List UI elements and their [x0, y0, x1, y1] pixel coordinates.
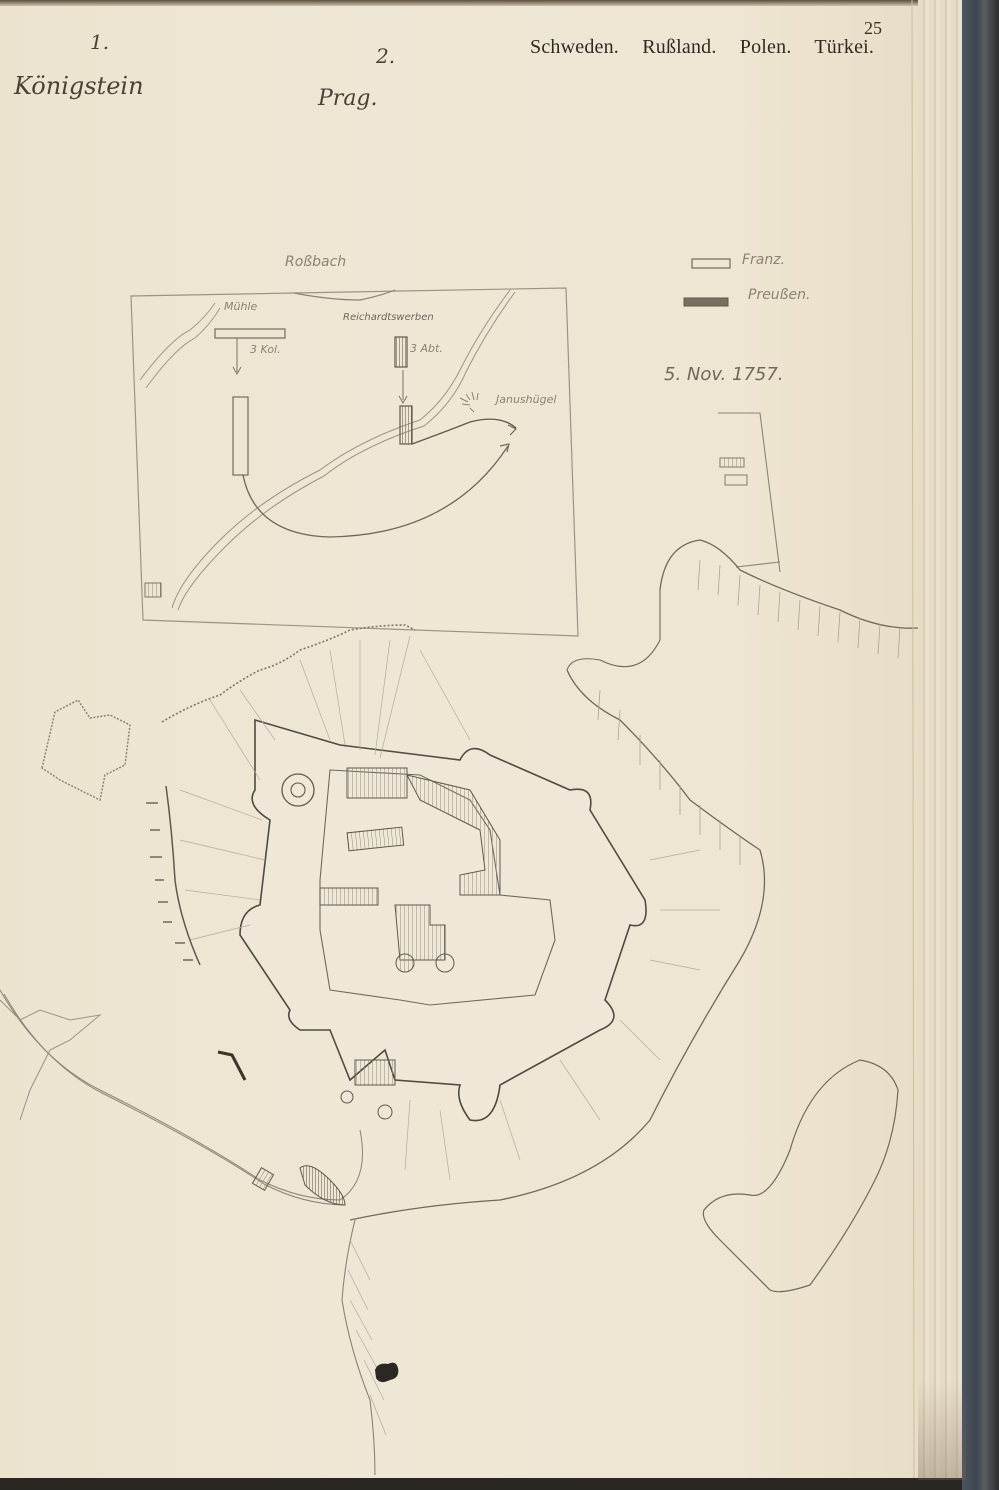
fortress-building-west — [320, 888, 378, 905]
page-margin-rule — [912, 0, 914, 1478]
prussian-column — [395, 337, 407, 367]
ridge-northwest — [162, 625, 415, 722]
fortress-koenigstein — [240, 720, 646, 1121]
battle-map-frame — [131, 288, 578, 636]
small-inset — [718, 413, 780, 572]
troop-markers-west — [146, 803, 193, 960]
ink-blot — [375, 1363, 398, 1382]
french-march-arrow — [243, 446, 508, 537]
river-saale — [140, 303, 220, 388]
scarp-west — [166, 786, 200, 965]
legend-open-rect — [692, 259, 730, 268]
river-elbe — [342, 1220, 375, 1475]
cavalry-block — [145, 583, 161, 597]
terrain-hill-boomerang — [703, 1060, 898, 1292]
legend-hatched-rect — [684, 298, 728, 306]
hill-small-south — [300, 1166, 345, 1205]
french-line — [215, 329, 285, 338]
lilienstein-outline — [42, 700, 130, 800]
fortress-building-north — [347, 768, 407, 798]
prussian-line — [400, 406, 412, 444]
terrain-west-edge — [0, 1000, 100, 1120]
fortress-outer-wall — [240, 720, 646, 1121]
fortress-gate — [355, 1060, 395, 1085]
pencil-sketches — [0, 0, 999, 1490]
terrain-hatching-right — [598, 560, 900, 865]
battery-hill — [460, 392, 478, 412]
siege-battery — [218, 1052, 245, 1080]
french-column — [233, 397, 248, 475]
